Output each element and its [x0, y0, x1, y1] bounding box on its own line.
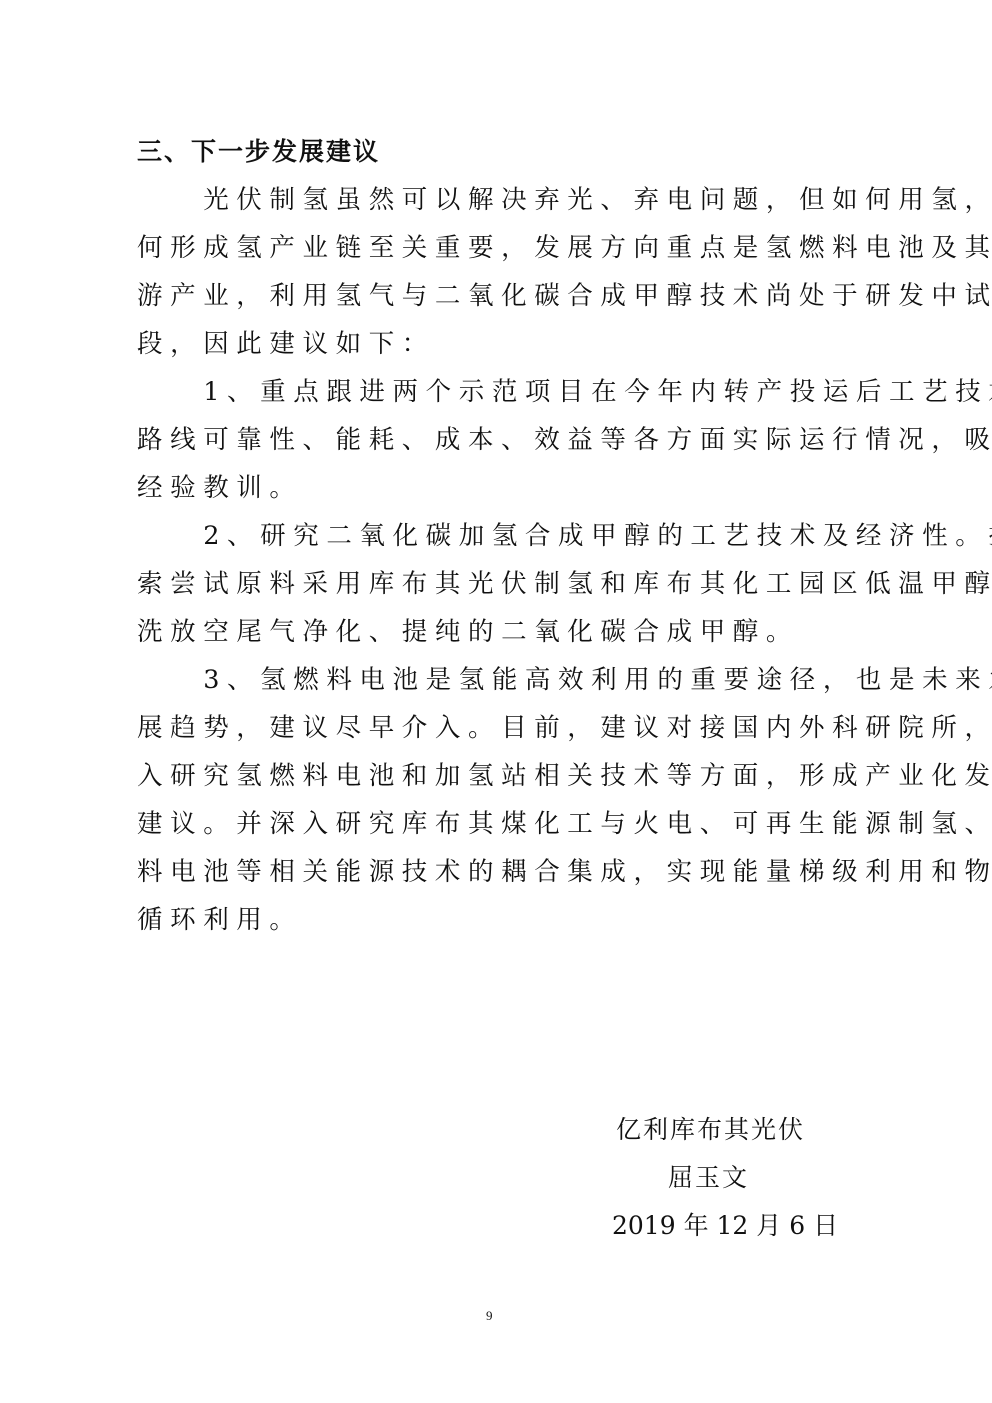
text-line: 建议。并深入研究库布其煤化工与火电、可再生能源制氢、燃: [137, 809, 992, 839]
signature-date: 2019 年 12 月 6 日: [612, 1211, 838, 1241]
text-line: 洗放空尾气净化、提纯的二氧化碳合成甲醇。: [137, 617, 799, 647]
text-line: 经验教训。: [137, 473, 303, 503]
text-line: 1、重点跟进两个示范项目在今年内转产投运后工艺技术: [137, 377, 992, 407]
page-number: 9: [486, 1308, 493, 1324]
section-heading: 三、下一步发展建议: [137, 137, 380, 167]
text-line: 展趋势，建议尽早介入。目前，建议对接国内外科研院所，深: [137, 713, 992, 743]
text-line: 3、氢燃料电池是氢能高效利用的重要途径，也是未来发: [137, 665, 992, 695]
text-line: 何形成氢产业链至关重要，发展方向重点是氢燃料电池及其下: [137, 233, 992, 263]
text-line: 料电池等相关能源技术的耦合集成，实现能量梯级利用和物质: [137, 857, 992, 887]
text-line: 光伏制氢虽然可以解决弃光、弃电问题，但如何用氢，如: [137, 185, 992, 215]
text-line: 段，因此建议如下：: [137, 329, 435, 359]
text-line: 索尝试原料采用库布其光伏制氢和库布其化工园区低温甲醇: [137, 569, 992, 599]
text-line: 循环利用。: [137, 905, 303, 935]
text-line: 2、研究二氧化碳加氢合成甲醇的工艺技术及经济性。探: [137, 521, 992, 551]
text-line: 路线可靠性、能耗、成本、效益等各方面实际运行情况，吸取: [137, 425, 992, 455]
text-line: 游产业，利用氢气与二氧化碳合成甲醇技术尚处于研发中试阶: [137, 281, 992, 311]
signature-author: 屈玉文: [668, 1163, 749, 1193]
signature-organization: 亿利库布其光伏: [616, 1115, 805, 1145]
text-line: 入研究氢燃料电池和加氢站相关技术等方面，形成产业化发展: [137, 761, 992, 791]
